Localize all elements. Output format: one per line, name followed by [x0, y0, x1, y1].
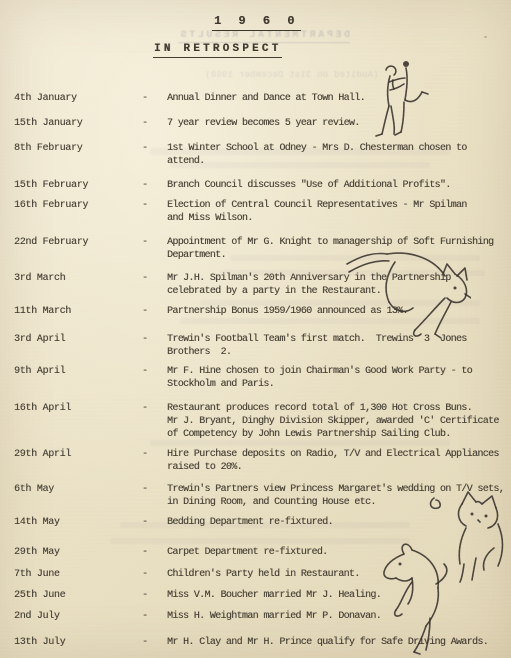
event-dash: - [142, 402, 148, 415]
event-date: 25th June [14, 589, 65, 602]
event-date: 7th June [14, 568, 60, 581]
event-dash: - [142, 365, 148, 378]
event-dash: - [142, 179, 148, 192]
event-row: 16th April-Restaurant produces record to… [14, 402, 506, 441]
event-date: 6th May [14, 483, 54, 496]
event-row: 29th April-Hire Purchase deposits on Rad… [14, 448, 506, 474]
event-row: 9th April-Mr F. Hine chosen to join Chai… [14, 365, 506, 391]
leaping-puppy-sketch [378, 538, 466, 656]
event-dash: - [142, 199, 148, 212]
event-date: 15th February [14, 179, 88, 192]
event-text: 7 year review becomes 5 year review. [167, 117, 507, 130]
leaping-cat-sketch [343, 246, 471, 342]
event-dash: - [142, 333, 148, 346]
event-date: 11th March [14, 305, 71, 318]
event-dash: - [142, 610, 148, 623]
event-dash: - [142, 483, 148, 496]
bleedthrough-subline: (Audited on 31st December 1960) [205, 70, 379, 80]
event-date: 16th April [14, 402, 71, 415]
paper-speck [484, 36, 487, 38]
event-date: 29th May [14, 546, 60, 559]
event-row: 15th February-Branch Council discusses "… [14, 179, 506, 192]
event-dash: - [142, 117, 148, 130]
event-date: 9th April [14, 365, 65, 378]
event-row: 8th February-1st Winter School at Odney … [14, 142, 506, 168]
event-dash: - [142, 92, 148, 105]
event-dash: - [142, 272, 148, 285]
event-date: 15th January [14, 117, 82, 130]
event-dash: - [142, 589, 148, 602]
event-text: Mr F. Hine chosen to join Chairman's Goo… [167, 365, 507, 391]
dancing-couple-sketch [360, 56, 438, 138]
event-row: 16th February-Election of Central Counci… [14, 199, 506, 225]
event-date: 2nd July [14, 610, 60, 623]
event-dash: - [142, 142, 148, 155]
event-date: 16th February [14, 199, 88, 212]
event-dash: - [142, 568, 148, 581]
event-date: 3rd April [14, 333, 65, 346]
event-dash: - [142, 236, 148, 249]
event-date: 13th July [14, 636, 65, 649]
event-dash: - [142, 448, 148, 461]
event-dash: - [142, 546, 148, 559]
event-text: Branch Council discusses "Use of Additio… [167, 179, 507, 192]
event-dash: - [142, 636, 148, 649]
event-text: 1st Winter School at Odney - Mrs D. Ches… [167, 142, 507, 168]
bleedthrough-smudge [110, 538, 410, 544]
event-date: 22nd February [14, 236, 88, 249]
page-title-heading: IN RETROSPECT [153, 43, 282, 58]
event-date: 8th February [14, 142, 82, 155]
event-text: Election of Central Council Representati… [167, 199, 507, 225]
event-dash: - [142, 305, 148, 318]
event-text: Annual Dinner and Dance at Town Hall. [167, 92, 507, 105]
scanned-document-page: DEPARTMENTAL RESULTS (Audited on 31st De… [0, 0, 511, 658]
event-date: 4th January [14, 92, 77, 105]
event-date: 14th May [14, 516, 60, 529]
event-text: Hire Purchase deposits on Radio, T/V and… [167, 448, 507, 474]
event-text: Restaurant produces record total of 1,30… [167, 402, 507, 441]
event-date: 3rd March [14, 272, 65, 285]
event-date: 29th April [14, 448, 71, 461]
bleedthrough-heading: DEPARTMENTAL RESULTS [178, 30, 350, 43]
event-dash: - [142, 516, 148, 529]
page-title-year: 1 9 6 0 [212, 14, 301, 31]
